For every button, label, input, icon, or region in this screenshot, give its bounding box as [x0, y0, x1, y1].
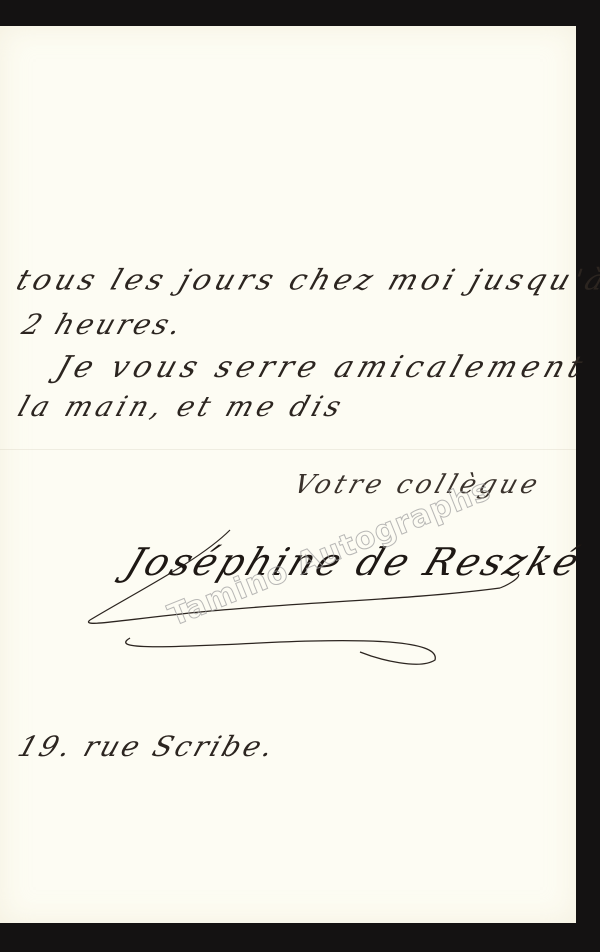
letter-closing: Votre collègue [290, 470, 545, 500]
letter-address: 19. rue Scribe. [14, 730, 281, 763]
letter-body-line-3: Je vous serre amicalement [52, 350, 592, 385]
letter-body-line-4: la main, et me dis [14, 390, 349, 423]
letter-body-line-1: tous les jours chez moi jusqu'à [12, 264, 600, 297]
paper-fold-line [0, 449, 576, 450]
letter-body-line-2: 2 heures. [18, 308, 188, 341]
